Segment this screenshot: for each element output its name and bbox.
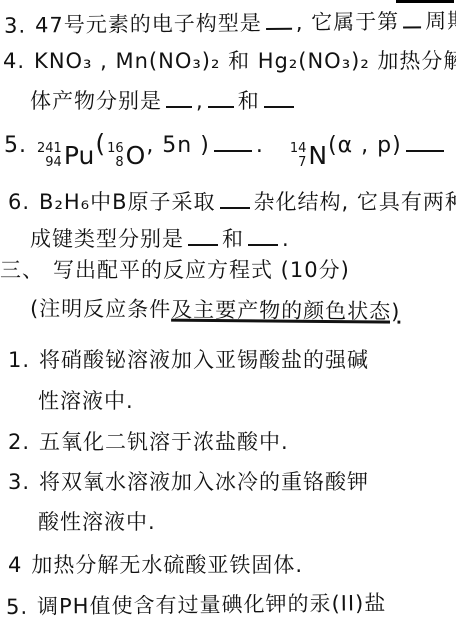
question-4-line2: 体产物分别是,和	[30, 86, 298, 114]
question-4-line1: 4.KNO₃ , Mn(NO₃)₂ 和 Hg₂(NO₃)₂ 加热分解的气	[3, 48, 456, 74]
reaction-open-paren: (	[95, 129, 106, 158]
question-6-text: 成键类型分别是	[30, 227, 184, 251]
blank-line	[403, 6, 421, 28]
nuclide-n14: 147N	[290, 140, 327, 171]
question-6-text: .	[282, 227, 290, 251]
question-6-line2: 成键类型分别是和.	[30, 224, 290, 252]
atomic-number: 8	[107, 156, 124, 170]
item-1-line2: 性溶液中.	[38, 388, 134, 414]
note-text-underlined: 及主要产物的颜色状态)	[171, 298, 400, 324]
mass-number: 241	[37, 142, 62, 156]
question-4-number: 4.	[3, 48, 25, 74]
item-2-number: 2.	[8, 429, 30, 455]
blank-line	[264, 86, 294, 108]
question-6-text: B₂H₆中B原子采取	[39, 190, 215, 214]
question-3-text: 周期	[425, 9, 456, 33]
section-3-heading: 三、写出配平的反应方程式 (10分)	[0, 257, 350, 283]
blank-line	[406, 129, 444, 152]
question-4-text: 和	[238, 89, 260, 113]
question-4-text: ,	[196, 89, 204, 113]
mass-number: 16	[107, 142, 124, 156]
nuclide-pu241: 24194Pu	[37, 140, 94, 171]
reaction-detail: (α , p)	[328, 133, 402, 158]
question-4-text: KNO₃ , Mn(NO₃)₂ 和 Hg₂(NO₃)₂ 加热分解的气	[34, 49, 456, 73]
question-5: 5.24194Pu(168O, 5n ). 147N(α , p)	[4, 128, 448, 171]
item-5-text: 调PH值使含有过量碘化钾的汞(II)盐	[37, 591, 386, 619]
mass-number: 14	[290, 142, 307, 156]
item-3-line2: 酸性溶液中.	[38, 509, 156, 535]
item-3-number: 3.	[8, 469, 30, 495]
item-3-line1: 3.将双氧水溶液加入冰冷的重铬酸钾	[8, 469, 369, 495]
blank-line	[220, 187, 250, 209]
item-1-line1: 1.将硝酸铋溶液加入亚锡酸盐的强碱	[8, 347, 369, 373]
atomic-number: 7	[290, 156, 307, 170]
blank-line	[188, 224, 218, 246]
item-5-number: 5.	[6, 594, 28, 620]
blank-line	[166, 86, 192, 108]
item-2-line1: 2.五氧化二钒溶于浓盐酸中.	[8, 429, 289, 455]
item-4-text: 加热分解无水硫酸亚铁固体.	[31, 553, 303, 577]
item-3-text: 酸性溶液中.	[38, 510, 156, 534]
atomic-number: 94	[37, 156, 62, 170]
element-symbol: N	[308, 140, 327, 171]
handwritten-page: 3.47号元素的电子构型是, 它属于第周期族 4.KNO₃ , Mn(NO₃)₂…	[0, 0, 456, 631]
item-1-text: 性溶液中.	[38, 389, 134, 413]
separator-dot: .	[256, 133, 264, 158]
item-5-line1: 5.调PH值使含有过量碘化钾的汞(II)盐	[6, 590, 387, 620]
item-1-text: 将硝酸铋溶液加入亚锡酸盐的强碱	[39, 348, 369, 372]
item-4-line1: 4加热分解无水硫酸亚铁固体.	[8, 552, 303, 578]
item-4-number: 4	[8, 552, 22, 578]
element-symbol: O	[126, 140, 146, 171]
element-symbol: Pu	[64, 140, 94, 171]
blank-line	[208, 86, 234, 108]
question-3-text: , 它属于第	[296, 10, 400, 35]
blank-line	[214, 129, 252, 152]
section-3-note: (注明反应条件及主要产物的颜色状态)	[30, 295, 401, 324]
question-3-number: 3.	[4, 12, 26, 38]
section-3-title: 写出配平的反应方程式 (10分)	[53, 258, 350, 282]
page-edge-line	[396, 0, 454, 3]
blank-line	[248, 224, 278, 246]
question-4-text: 体产物分别是	[30, 89, 162, 113]
note-text: (注明反应条件	[30, 296, 171, 321]
reaction-detail: , 5n )	[146, 133, 210, 158]
question-3: 3.47号元素的电子构型是, 它属于第周期族	[4, 5, 456, 39]
question-5-number: 5.	[4, 132, 27, 160]
blank-line	[266, 8, 292, 30]
section-3-number: 三、	[0, 257, 44, 283]
question-3-text: 47号元素的电子构型是	[35, 11, 262, 37]
nuclide-o16: 168O	[107, 140, 145, 171]
item-1-number: 1.	[8, 347, 30, 373]
item-2-text: 五氧化二钒溶于浓盐酸中.	[39, 430, 289, 454]
question-6-number: 6.	[8, 189, 30, 215]
question-6-text: 杂化结构, 它具有两种	[254, 190, 456, 214]
question-6-text: 和	[222, 227, 244, 251]
question-6-line1: 6.B₂H₆中B原子采取杂化结构, 它具有两种	[8, 187, 456, 215]
item-3-text: 将双氧水溶液加入冰冷的重铬酸钾	[39, 470, 369, 494]
